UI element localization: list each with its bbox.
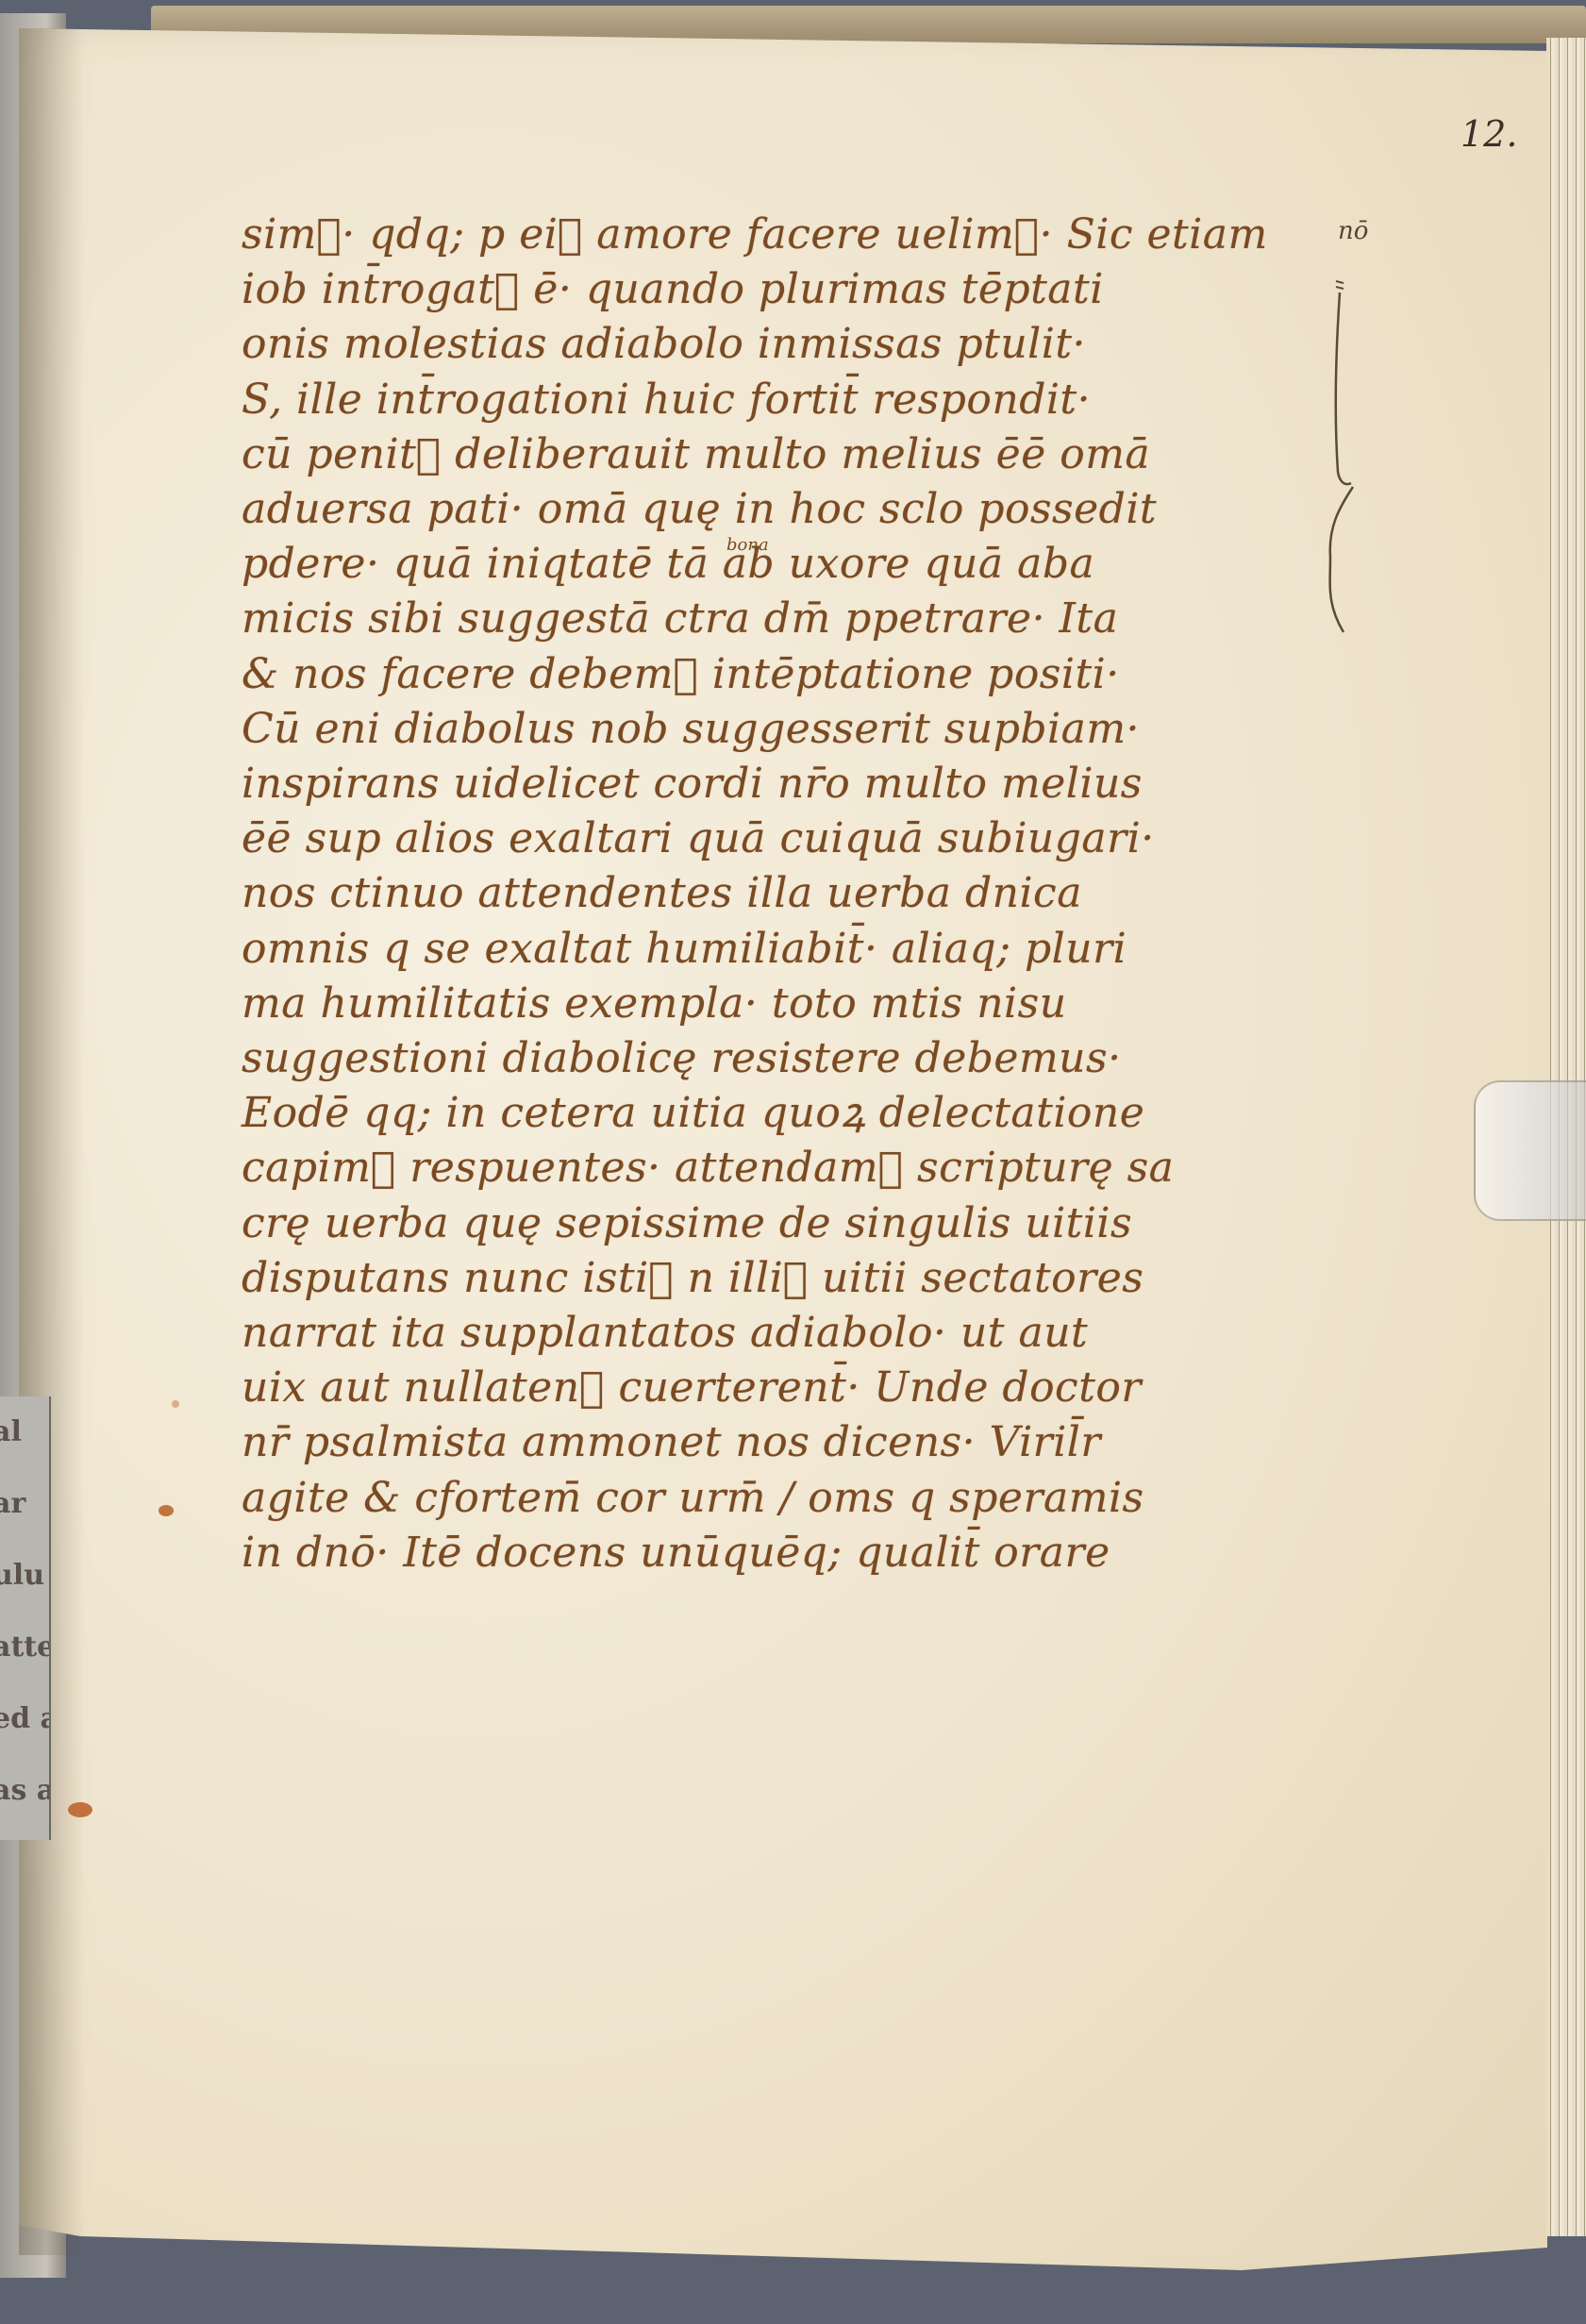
previous-page-fragment: al ar ulu atte ed ar as ap [0, 1396, 51, 1840]
text-line: S, ille int̄rogationi huic fortit̄ respo… [242, 373, 1308, 427]
fragment-line: al [0, 1396, 49, 1468]
text-line: & nos facere debem᷒ intēptatione positi· [242, 647, 1308, 702]
text-line: nos ctinuo attendentes illa uerba dnica [242, 866, 1308, 921]
text-line: cū penit᷒ deliberauit multo melius ēē om… [242, 427, 1308, 482]
margin-bracket-icon [1319, 274, 1357, 642]
fragment-line: as ap [0, 1755, 49, 1827]
text-line: iob int̄rogat᷒ ē· quando plurimas tēptat… [242, 262, 1308, 317]
text-line: omnis q se exaltat humiliabit̄· aliaq; p… [242, 922, 1308, 977]
gutter-shadow [19, 28, 85, 2255]
fragment-line: ar [0, 1468, 49, 1540]
text-line: agite & cforteт̄ cor urm̄ / oms q sperат… [242, 1471, 1308, 1526]
ink-stain [159, 1505, 174, 1516]
manuscript-text: sim᷒· qdq; p ei᷒ amore facere uelim᷒· Si… [242, 208, 1308, 1580]
text-line: inspirans uidelicet cordi nr̄o multo mel… [242, 757, 1308, 811]
fragment-line: ed ar [0, 1683, 49, 1755]
text-line: suggestioni diabolicę resistere debemus· [242, 1031, 1308, 1086]
text-line: onis molestias adiabolo inmissas ptulit· [242, 317, 1308, 372]
fragment-line: atte [0, 1612, 49, 1683]
text-line: pdere· quā iniqtatē tā ab uxore quā aba [242, 537, 1308, 592]
text-line: crę uerba quę sepissime de singulis uiti… [242, 1196, 1308, 1251]
folio-number: 12. [1461, 113, 1517, 155]
text-line: micis sibi suggestā ctra dm̄ ppetrare· I… [242, 592, 1308, 646]
text-line: Cū eni diabolus nob suggesserit supbiam· [242, 702, 1308, 757]
margin-note: nō [1338, 217, 1368, 245]
text-line: narrat ita supplantatos adiabolo· ut aut [242, 1306, 1308, 1361]
fragment-line: ulu [0, 1540, 49, 1612]
text-line: disputans nunc isti᷒ n illi᷒ uitii secta… [242, 1251, 1308, 1306]
text-line: ma humilitatis exempla· toto mtis nisu [242, 977, 1308, 1031]
ink-stain [68, 1802, 92, 1817]
page-clip [1474, 1080, 1586, 1221]
text-line: in dnō· Itē docens unūquēq; qualit̄ orar… [242, 1526, 1308, 1580]
ink-stain [172, 1400, 179, 1408]
text-line: Eodē qq; in cetera uitia quoꝝ delectatio… [242, 1086, 1308, 1141]
text-line: sim᷒· qdq; p ei᷒ amore facere uelim᷒· Si… [242, 208, 1308, 262]
text-line: uix aut nullaten᷒ cuerterent̄· Unde doct… [242, 1361, 1308, 1415]
text-line: capim᷒ respuentes· attendam᷒ scripturę s… [242, 1141, 1308, 1195]
text-line: ēē sup alios exaltari quā cuiquā subiuga… [242, 811, 1308, 866]
text-line: aduersa pati· omā quę in hoc sclo possed… [242, 482, 1308, 537]
text-line: nr̄ psalmista ammonet nos dicens· Viril̄… [242, 1415, 1308, 1470]
